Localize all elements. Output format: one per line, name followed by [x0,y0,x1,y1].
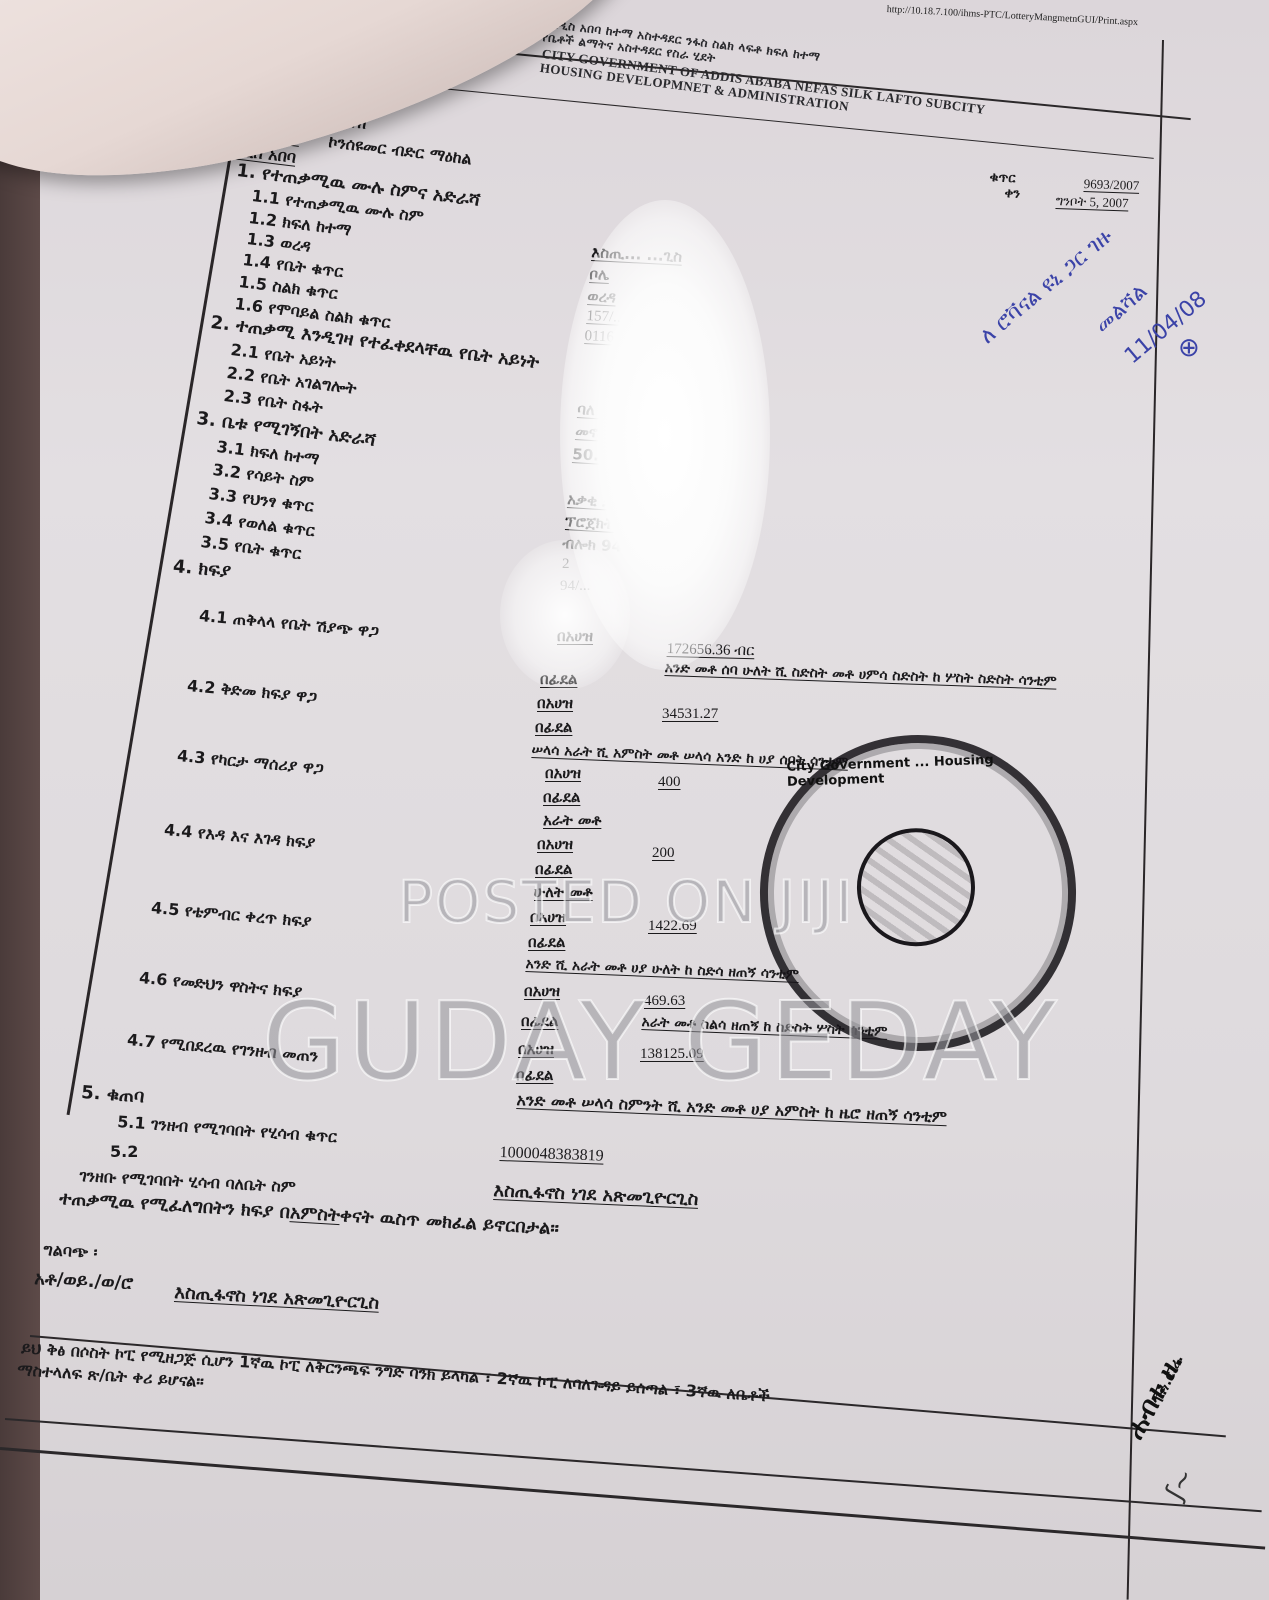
value-5-1: 1000048383819 [499,1144,604,1166]
stamp-emblem-icon [848,819,985,956]
label-figure-4-4: በአሀዝ [537,835,573,853]
ref-date-label: ቀን [1004,186,1020,202]
figure-4-2: 34531.27 [662,706,718,723]
label-words-4-3: በፊደል [543,788,580,806]
label-figure-4-3: በአሀዝ [545,764,581,782]
figure-4-3: 400 [658,774,681,791]
handwritten-initial-icon: ⊕ [1178,333,1200,363]
words-4-3: አራት መቶ [543,811,601,829]
cc-label: ግልባጭ ፡ [43,1240,98,1263]
label-figure-4-2: በአሀዝ [537,694,573,712]
ref-date-value: ግንቦት 5, 2007 [1055,193,1128,212]
item-5-2-no: 5.2 [110,1142,138,1161]
section-5-title: 5. ቁጠባ [81,1082,145,1107]
watermark-brand: GUDAY GEDAY [262,980,1058,1105]
label-words-4-2: በፊደል [535,718,572,736]
light-glare-secondary [500,540,630,690]
figure-4-4: 200 [652,845,675,862]
ref-number-label: ቁጥር [989,170,1016,186]
ref-number-value: 9693/2007 [1083,176,1139,194]
watermark-posted: POSTED ON JIJI [398,868,855,936]
